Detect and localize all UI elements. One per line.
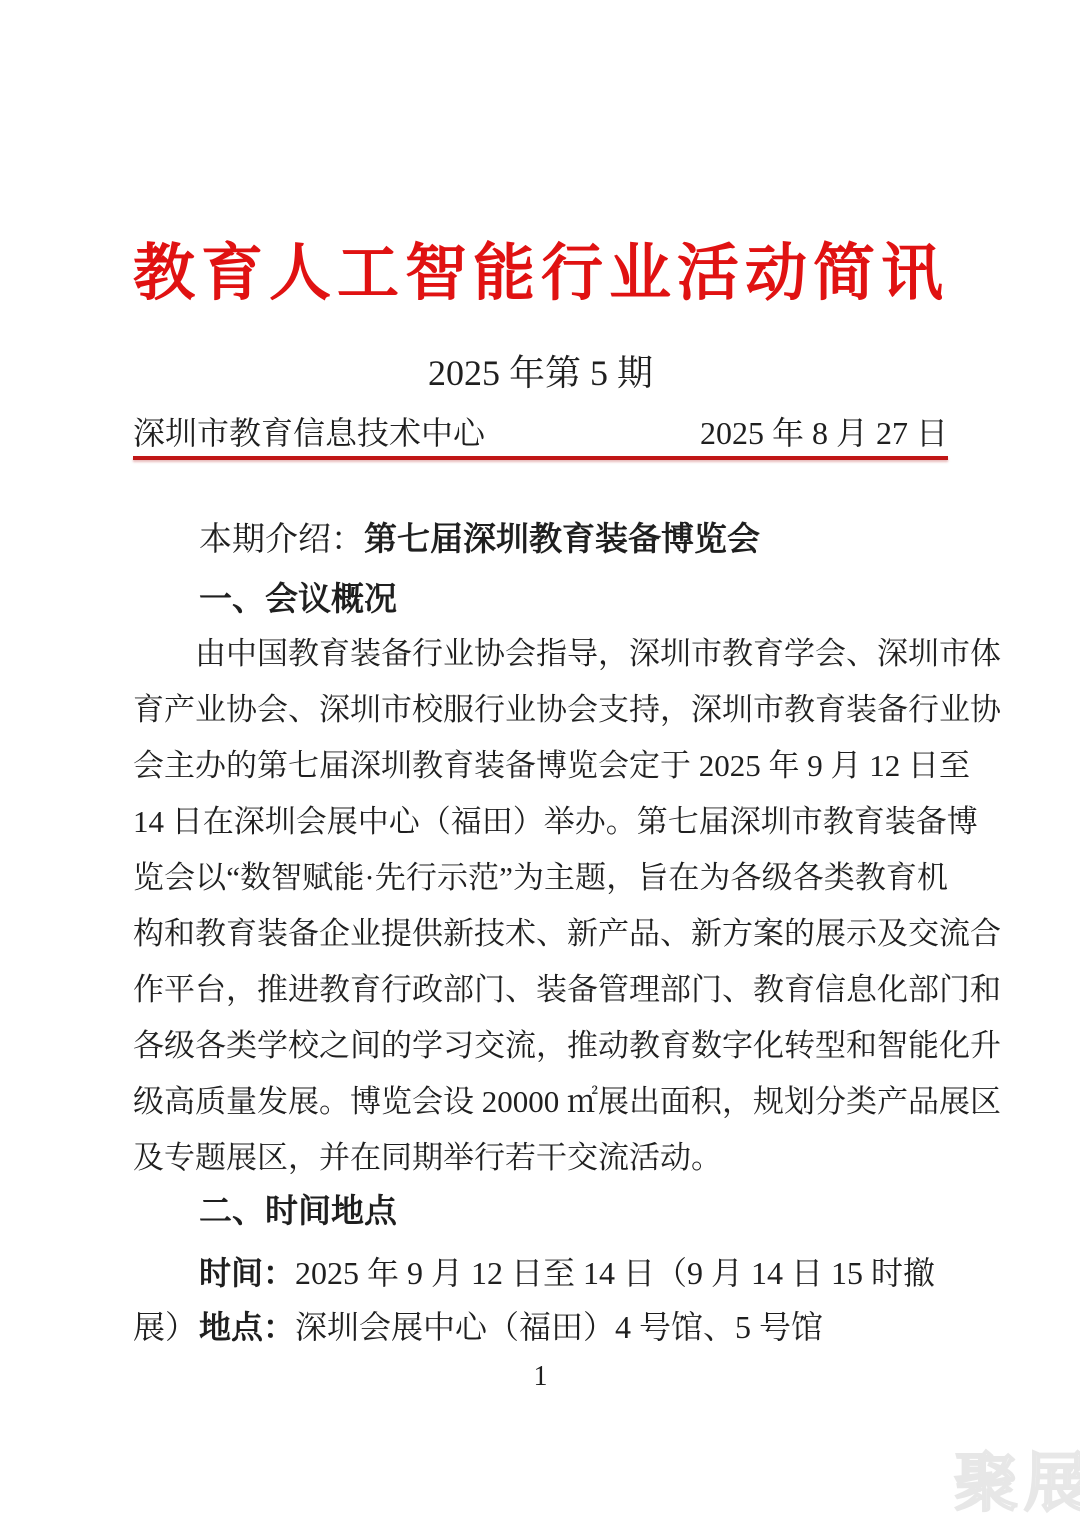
section-heading-overview: 一、会议概况 [133, 574, 948, 626]
paragraph-line: 作平台，推进教育行政部门、装备管理部门、教育信息化部门和 [133, 962, 948, 1018]
issue-date: 2025 年 8 月 27 日 [700, 411, 948, 455]
place-label: 地点： [199, 1309, 295, 1345]
section-heading-time-place: 二、时间地点 [133, 1186, 948, 1238]
paragraph-line: 及专题展区，并在同期举行若干交流活动。 [133, 1130, 948, 1186]
intro-label: 本期介绍： [199, 522, 364, 558]
time-line: 时间：2025 年 9 月 12 日至 14 日（9 月 14 日 15 时撤展… [133, 1246, 948, 1300]
paragraph-line: 构和教育装备企业提供新技术、新产品、新方案的展示及交流合 [133, 906, 948, 962]
masthead-row: 深圳市教育信息技术中心 2025 年 8 月 27 日 [133, 411, 948, 455]
paragraph-line: 会主办的第七届深圳教育装备博览会定于 2025 年 9 月 12 日至 [133, 738, 948, 794]
time-label: 时间： [199, 1255, 295, 1291]
place-line: 地点：深圳会展中心（福田）4 号馆、5 号馆 [133, 1300, 948, 1354]
overview-paragraph: 由中国教育装备行业协会指导，深圳市教育学会、深圳市体 育产业协会、深圳市校服行业… [133, 626, 948, 1186]
intro-topic: 第七届深圳教育装备博览会 [364, 522, 760, 558]
paragraph-line: 各级各类学校之间的学习交流，推动教育数字化转型和智能化升 [133, 1018, 948, 1074]
publisher-name: 深圳市教育信息技术中心 [133, 411, 485, 455]
newsletter-title: 教育人工智能行业活动简讯 [133, 224, 948, 324]
paragraph-line: 级高质量发展。博览会设 20000 ㎡展出面积，规划分类产品展区 [133, 1074, 948, 1130]
place-value: 深圳会展中心（福田）4 号馆、5 号馆 [295, 1309, 823, 1345]
intro-line: 本期介绍：第七届深圳教育装备博览会 [133, 514, 948, 566]
issue-number: 2025 年第 5 期 [133, 351, 948, 395]
document-content: 教育人工智能行业活动简讯 2025 年第 5 期 深圳市教育信息技术中心 202… [133, 224, 948, 1400]
page-number: 1 [133, 1354, 948, 1400]
document-page: 教育人工智能行业活动简讯 2025 年第 5 期 深圳市教育信息技术中心 202… [0, 0, 1080, 1528]
watermark-text: 聚展 [954, 1432, 1080, 1524]
paragraph-line: 育产业协会、深圳市校服行业协会支持，深圳市教育装备行业协 [133, 682, 948, 738]
paragraph-line: 览会以“数智赋能·先行示范”为主题，旨在为各级各类教育机 [133, 850, 948, 906]
paragraph-line: 14 日在深圳会展中心（福田）举办。第七届深圳市教育装备博 [133, 794, 948, 850]
masthead-divider [133, 456, 948, 460]
paragraph-line: 由中国教育装备行业协会指导，深圳市教育学会、深圳市体 [133, 626, 948, 682]
